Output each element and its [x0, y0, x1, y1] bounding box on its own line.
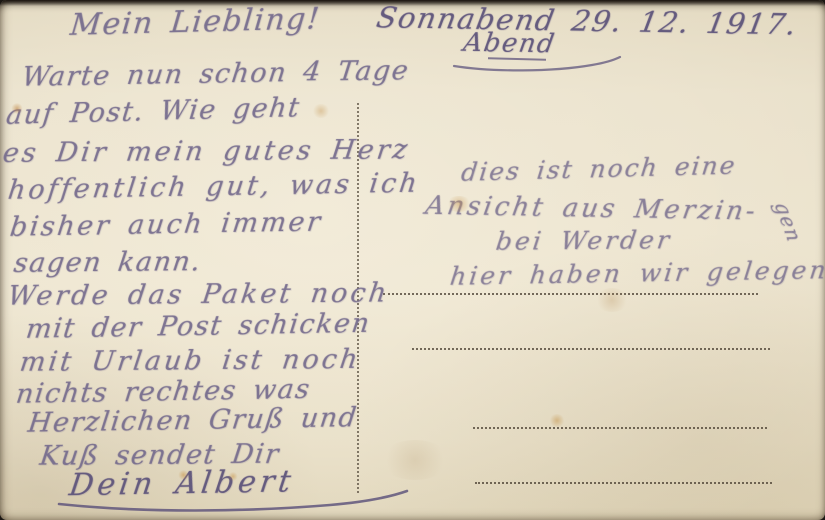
right-note-line: bei Werder	[494, 225, 674, 256]
message-line: Herzlichen Gruß und	[26, 402, 359, 439]
address-line	[412, 348, 770, 350]
address-line	[475, 482, 772, 484]
message-line: hoffentlich gut, was ich	[6, 168, 421, 206]
date-text: Sonnabend 29. 12. 1917.	[374, 0, 800, 41]
message-line: Werde das Paket noch	[6, 278, 391, 312]
right-note-line: Ansicht aus Merzin-	[423, 191, 760, 227]
stain	[380, 440, 450, 480]
salutation-text: Mein Liebling!	[69, 1, 322, 43]
abend-underline-swash	[452, 52, 622, 74]
stain	[595, 288, 629, 312]
message-line: sagen kann.	[12, 246, 204, 279]
message-line: Warte nun schon 4 Tage	[20, 55, 411, 93]
right-note-line: dies ist noch eine	[460, 151, 739, 187]
address-line	[473, 427, 767, 429]
signature-flourish	[55, 486, 415, 514]
stain	[549, 414, 565, 427]
message-line: es Dir mein gutes Herz	[1, 134, 412, 169]
message-line: mit der Post schicken	[24, 308, 372, 345]
message-line: bisher auch immer	[8, 207, 324, 244]
message-line: auf Post. Wie geht	[4, 92, 302, 131]
stain	[312, 104, 330, 118]
right-note-edge-overflow: gen	[769, 200, 807, 245]
address-line	[383, 293, 758, 295]
right-note-line: hier haben wir gelegen	[448, 255, 825, 291]
postcard-back: Mein Liebling! Sonnabend 29. 12. 1917. A…	[0, 0, 825, 520]
